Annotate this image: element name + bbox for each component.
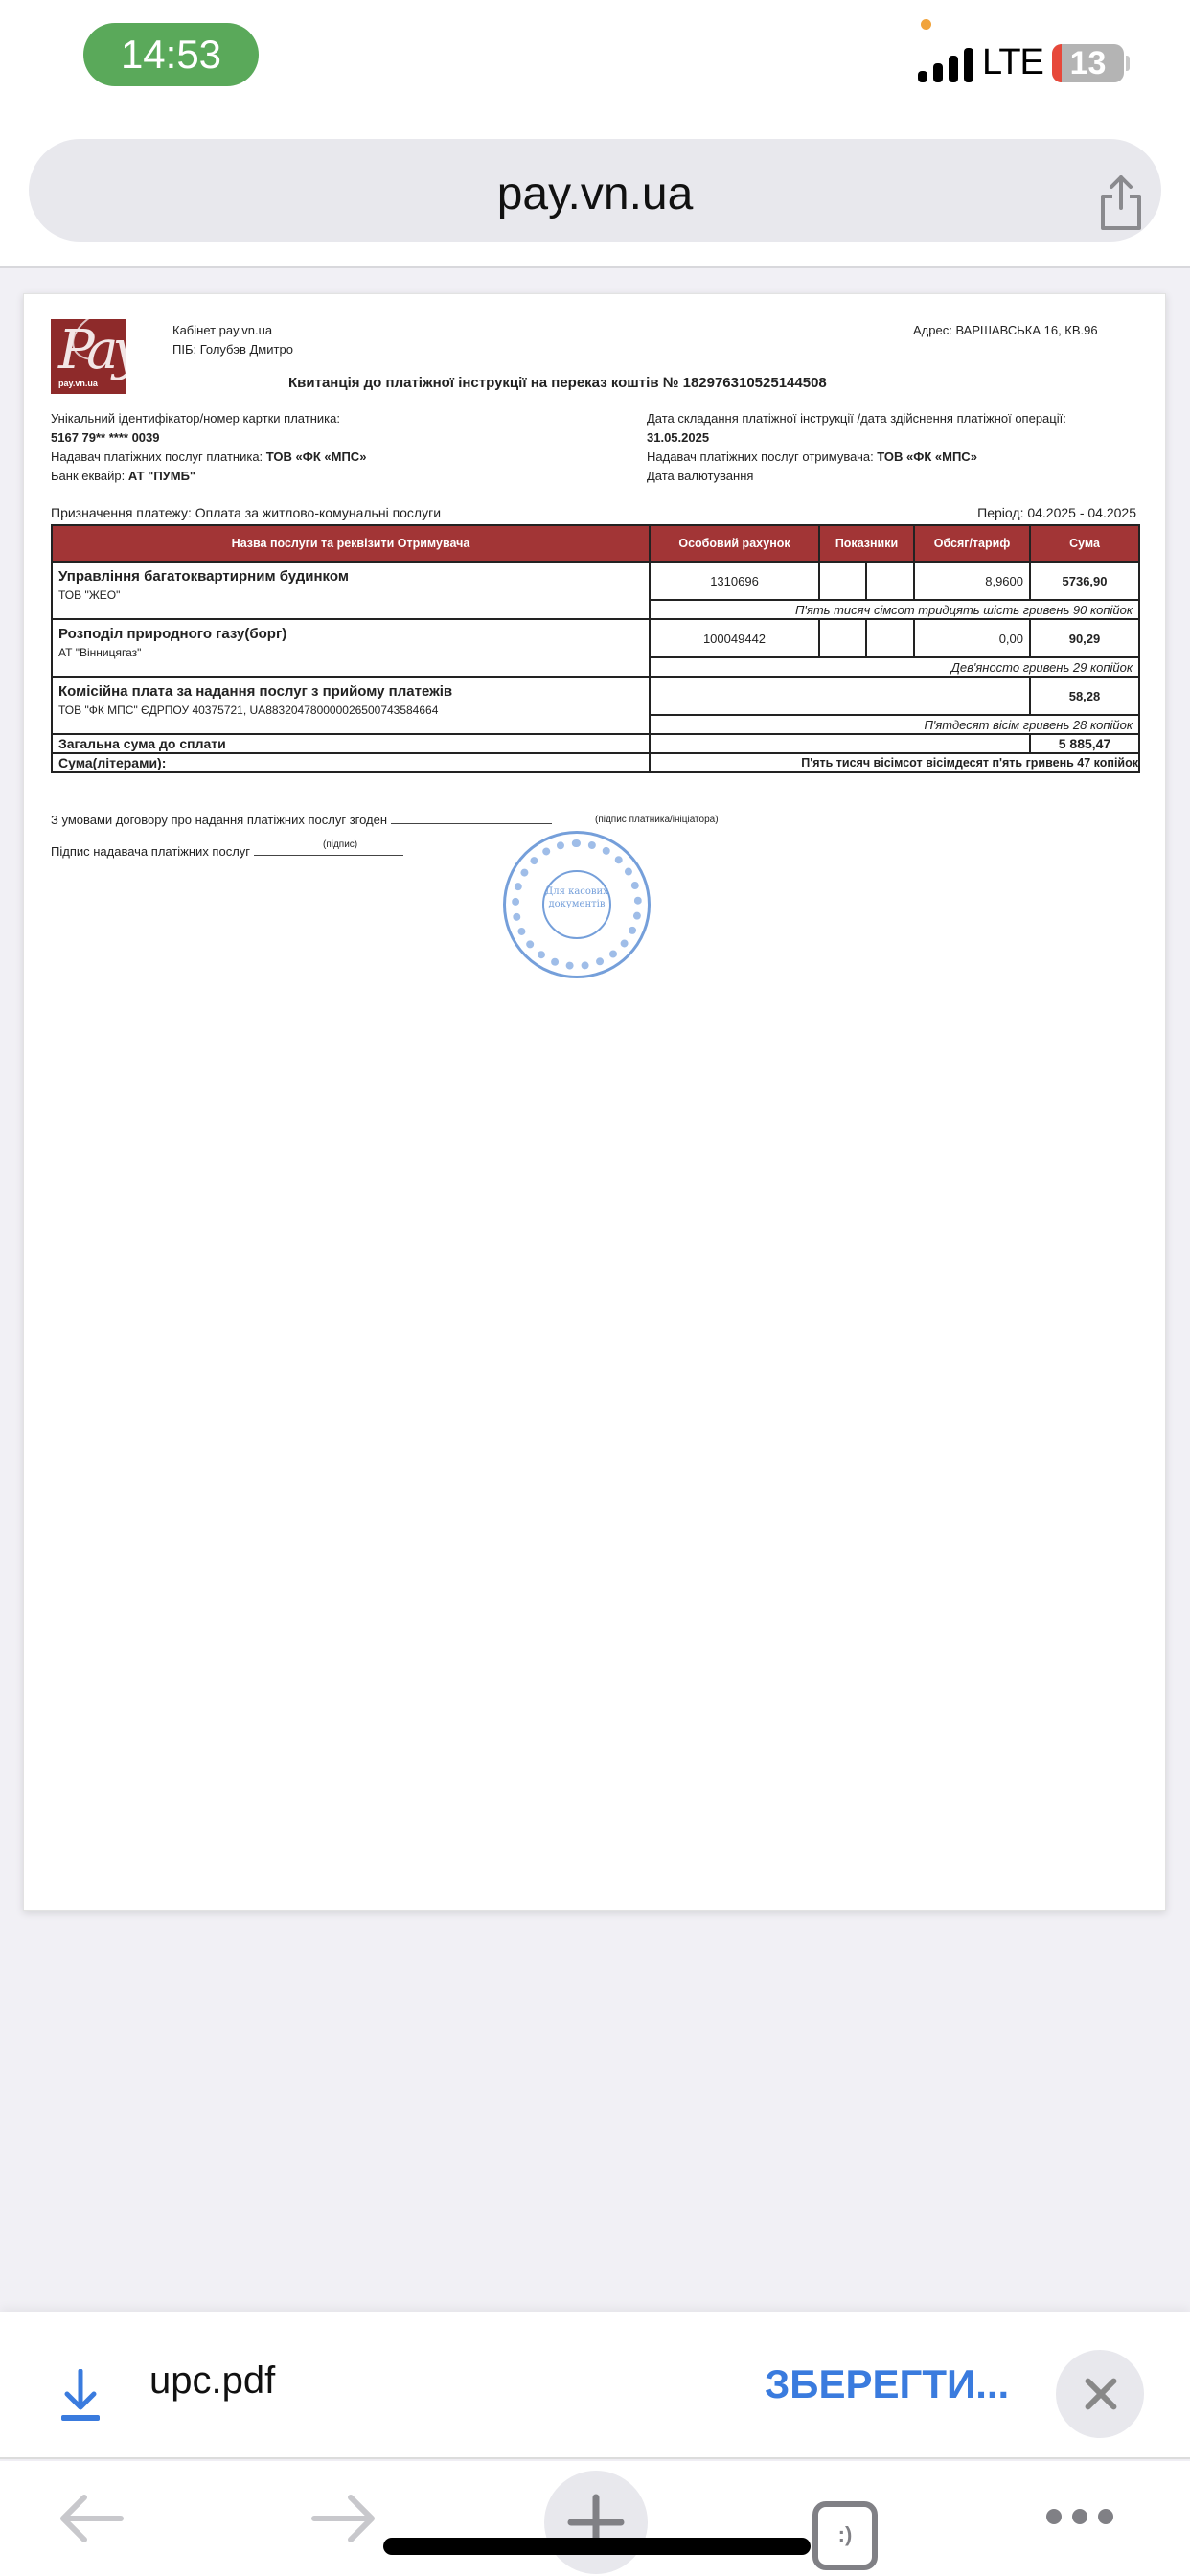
browser-toolbar: :): [0, 2461, 1190, 2576]
col-sum: Сума: [1030, 525, 1139, 562]
cabinet-label: Кабінет pay.vn.ua: [172, 323, 272, 337]
pdf-viewer[interactable]: Pay pay.vn.ua Кабінет pay.vn.ua ПІБ: Гол…: [0, 270, 1190, 2311]
document-title: Квитанція до платіжної інструкції на пер…: [288, 375, 827, 391]
more-icon[interactable]: [1044, 2505, 1115, 2528]
network-type: LTE: [982, 42, 1043, 83]
service-cell: Розподіл природного газу(борг)АТ "Вінниц…: [52, 619, 650, 677]
new-tab-button[interactable]: [544, 2471, 648, 2574]
sum-cell: 58,28: [1030, 677, 1139, 715]
tariff-cell: 0,00: [914, 619, 1030, 657]
date-label: Дата складання платіжної інструкції /дат…: [647, 411, 1066, 425]
save-button[interactable]: ЗБЕРЕГТИ...: [765, 2361, 1009, 2407]
sum-cell: 5736,90: [1030, 562, 1139, 600]
account-cell: 100049442: [650, 619, 819, 657]
col-service: Назва послуги та реквізити Отримувача: [52, 525, 650, 562]
total-in-words: П'ять тисяч вісімсот вісімдесят п'ять гр…: [650, 753, 1139, 772]
status-bar: 14:53 LTE 13: [0, 0, 1190, 125]
indicator-cell: [866, 619, 914, 657]
mic-indicator-icon: [921, 19, 931, 30]
payer-provider: Надавач платіжних послуг платника: ТОВ «…: [51, 449, 366, 464]
value-date-label: Дата валютування: [647, 469, 753, 483]
agreement-sig-caption: (підпис платника/ініціатора): [595, 815, 719, 825]
recipient-provider: Надавач платіжних послуг отримувача: ТОВ…: [647, 449, 977, 464]
col-indicators: Показники: [819, 525, 914, 562]
plus-icon: [544, 2471, 648, 2574]
sum-in-words: Дев'яносто гривень 29 копійок: [650, 657, 1139, 677]
provider-sig-caption: (підпис): [323, 839, 357, 850]
table-row: Комісійна плата за надання послуг з прий…: [52, 677, 1139, 715]
back-icon[interactable]: [57, 2492, 126, 2545]
indicator-cell: [866, 562, 914, 600]
url-text[interactable]: pay.vn.ua: [29, 168, 1161, 220]
empty-cell: [650, 734, 1030, 753]
tabs-button[interactable]: :): [812, 2501, 878, 2570]
empty-cell: [650, 677, 1030, 715]
home-indicator: [383, 2538, 811, 2555]
table-header: Назва послуги та реквізити Отримувача Ос…: [52, 525, 1139, 562]
battery-tip: [1126, 56, 1130, 71]
clock: 14:53: [83, 23, 259, 86]
sum-in-words: П'ять тисяч сімсот тридцять шість гривен…: [650, 600, 1139, 619]
table-row: Управління багатоквартирним будинкомТОВ …: [52, 562, 1139, 600]
agreement-text: З умовами договору про надання платіжних…: [51, 813, 552, 827]
payer-address: Адрес: ВАРШАВСЬКА 16, КВ.96: [913, 323, 1098, 337]
bill-table: Назва послуги та реквізити Отримувача Ос…: [51, 524, 1140, 773]
service-cell: Комісійна плата за надання послуг з прий…: [52, 677, 650, 734]
service-cell: Управління багатоквартирним будинкомТОВ …: [52, 562, 650, 619]
battery-icon: 13: [1052, 44, 1124, 82]
browser-header: pay.vn.ua: [0, 125, 1190, 268]
signal-icon: [918, 48, 977, 82]
share-icon[interactable]: [1097, 175, 1145, 231]
stamp-text: Для касових документів: [542, 870, 611, 939]
close-icon[interactable]: [1056, 2350, 1144, 2438]
sum-in-words: П'ятдесят вісім гривень 28 копійок: [650, 715, 1139, 734]
account-cell: 1310696: [650, 562, 819, 600]
company-stamp: Для касових документів: [503, 831, 651, 978]
address-bar[interactable]: pay.vn.ua: [29, 139, 1161, 241]
download-bar: upc.pdf ЗБЕРЕГТИ...: [0, 2311, 1190, 2459]
billing-period: Період: 04.2025 - 04.2025: [977, 505, 1136, 520]
download-icon: [59, 2369, 102, 2423]
col-tariff: Обсяг/тариф: [914, 525, 1030, 562]
payer-id-value: 5167 79** **** 0039: [51, 430, 160, 445]
indicator-cell: [819, 562, 866, 600]
pdf-page: Pay pay.vn.ua Кабінет pay.vn.ua ПІБ: Гол…: [23, 293, 1166, 1911]
col-account: Особовий рахунок: [650, 525, 819, 562]
acquirer-bank: Банк еквайр: АТ "ПУМБ": [51, 469, 195, 483]
words-label: Сума(літерами):: [52, 753, 650, 772]
total-value: 5 885,47: [1030, 734, 1139, 753]
date-value: 31.05.2025: [647, 430, 709, 445]
total-words-row: Сума(літерами): П'ять тисяч вісімсот віс…: [52, 753, 1139, 772]
sum-cell: 90,29: [1030, 619, 1139, 657]
table-row: Розподіл природного газу(борг)АТ "Вінниц…: [52, 619, 1139, 657]
payment-purpose: Призначення платежу: Оплата за житлово-к…: [51, 505, 441, 520]
download-filename: upc.pdf: [149, 2359, 275, 2403]
total-row: Загальна сума до сплати 5 885,47: [52, 734, 1139, 753]
payer-id-label: Унікальний ідентифікатор/номер картки пл…: [51, 411, 340, 425]
indicator-cell: [819, 619, 866, 657]
battery-level: 13: [1070, 45, 1107, 81]
total-label: Загальна сума до сплати: [52, 734, 650, 753]
tariff-cell: 8,9600: [914, 562, 1030, 600]
pay-logo: Pay pay.vn.ua: [51, 319, 126, 394]
forward-icon[interactable]: [309, 2492, 378, 2545]
payer-name: ПІБ: Голубэв Дмитро: [172, 342, 293, 356]
